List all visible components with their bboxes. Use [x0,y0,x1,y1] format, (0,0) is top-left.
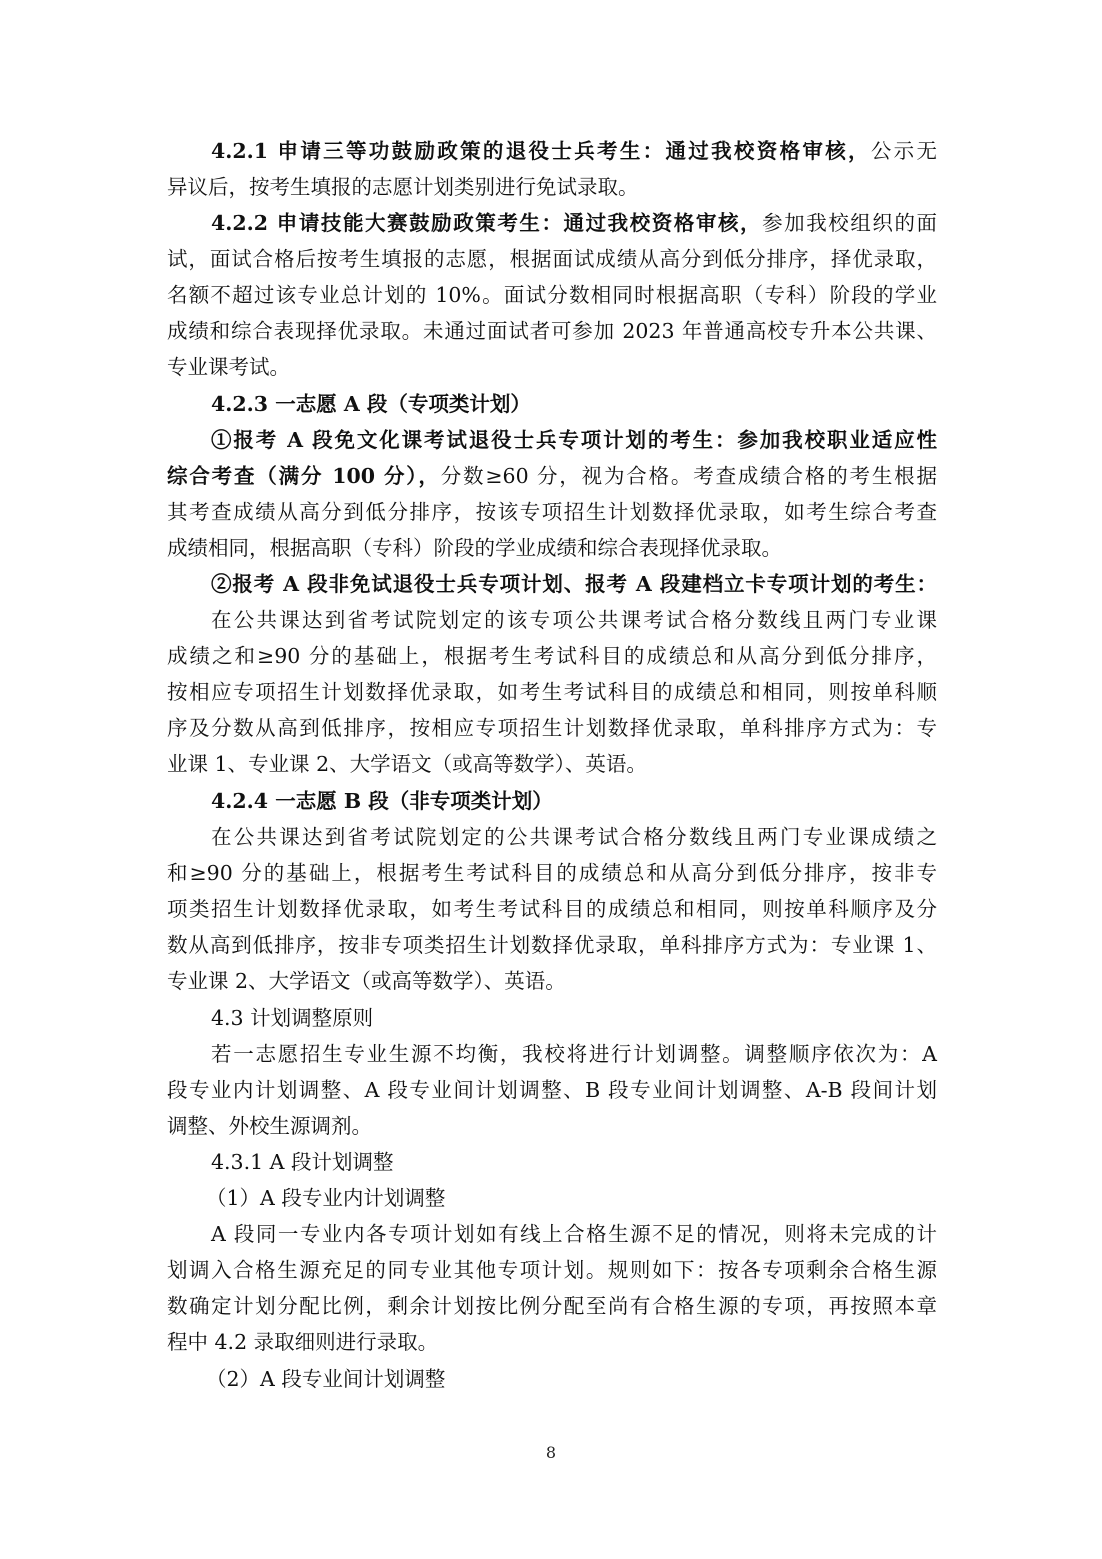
body-text: 序及分数从高到低排序，按相应专项招生计划数择优录取，单科排序方式为：专 [167,716,937,740]
page-number: 8 [0,1443,1102,1463]
text-line: 划调入合格生源充足的同专业其他专项计划。规则如下：按各专项剩余合格生源 [167,1255,937,1285]
body-text: 其考查成绩从高分到低分排序，按该专项招生计划数择优录取，如考生综合考查 [167,500,937,524]
text-line: 和≥90 分的基础上，根据考生考试科目的成绩总和从高分到低分排序，按非专 [167,858,937,888]
body-text: 程中 4.2 录取细则进行录取。 [167,1330,438,1354]
text-line: 试，面试合格后按考生填报的志愿，根据面试成绩从高分到低分排序，择优录取， [167,244,937,274]
body-text: 分数≥60 分，视为合格。考查成绩合格的考生根据 [441,464,937,488]
body-text: 段专业内计划调整、A 段专业间计划调整、B 段专业间计划调整、A-B 段间计划 [167,1078,937,1102]
body-text: 试，面试合格后按考生填报的志愿，根据面试成绩从高分到低分排序，择优录取， [167,247,937,271]
body-text: 成绩相同，根据高职（专科）阶段的学业成绩和综合表现择优录取。 [167,536,782,560]
text-line: 名额不超过该专业总计划的 10%。面试分数相同时根据高职（专科）阶段的学业 [167,280,937,310]
body-text: 名额不超过该专业总计划的 10%。面试分数相同时根据高职（专科）阶段的学业 [167,283,937,307]
bold-text: ①报考 A 段免文化课考试退役士兵专项计划的考生：参加我校职业适应性 [211,428,937,452]
body-text: 在公共课达到省考试院划定的公共课考试合格分数线且两门专业课成绩之 [211,825,937,849]
body-text: 若一志愿招生专业生源不均衡，我校将进行计划调整。调整顺序依次为：A [211,1042,937,1066]
text-line: 成绩相同，根据高职（专科）阶段的学业成绩和综合表现择优录取。 [167,533,937,563]
text-line: 按相应专项招生计划数择优录取，如考生考试科目的成绩总和相同，则按单科顺 [167,677,937,707]
text-line: 程中 4.2 录取细则进行录取。 [167,1327,937,1357]
body-text: 成绩和综合表现择优录取。未通过面试者可参加 2023 年普通高校专升本公共课、 [167,319,937,343]
text-line: 项类招生计划数择优录取，如考生考试科目的成绩总和相同，则按单科顺序及分 [167,894,937,924]
text-line: 段专业内计划调整、A 段专业间计划调整、B 段专业间计划调整、A-B 段间计划 [167,1075,937,1105]
bold-text: 4.2.4 一志愿 B 段（非专项类计划） [211,789,553,813]
bold-text: 4.2.2 申请技能大赛鼓励政策考生：通过我校资格审核， [211,211,762,235]
text-line: 若一志愿招生专业生源不均衡，我校将进行计划调整。调整顺序依次为：A [211,1039,937,1069]
body-text: （1）A 段专业内计划调整 [206,1186,445,1210]
body-text: 数确定计划分配比例，剩余计划按比例分配至尚有合格生源的专项，再按照本章 [167,1294,937,1318]
bold-text: ②报考 A 段非免试退役士兵专项计划、报考 A 段建档立卡专项计划的考生： [211,572,937,596]
bold-text: 4.2.1 申请三等功鼓励政策的退役士兵考生：通过我校资格审核， [211,139,871,163]
text-line: ②报考 A 段非免试退役士兵专项计划、报考 A 段建档立卡专项计划的考生： [211,569,937,599]
bold-text: 4.2.3 一志愿 A 段（专项类计划） [211,392,531,416]
body-text: 项类招生计划数择优录取，如考生考试科目的成绩总和相同，则按单科顺序及分 [167,897,937,921]
text-line: ①报考 A 段免文化课考试退役士兵专项计划的考生：参加我校职业适应性 [211,425,937,455]
text-line: 序及分数从高到低排序，按相应专项招生计划数择优录取，单科排序方式为：专 [167,713,937,743]
body-text: 异议后，按考生填报的志愿计划类别进行免试录取。 [167,175,639,199]
text-line: 4.3.1 A 段计划调整 [211,1147,937,1177]
text-line: 4.2.4 一志愿 B 段（非专项类计划） [211,786,937,816]
text-line: 专业课 2、大学语文（或高等数学）、英语。 [167,966,937,996]
body-text: 和≥90 分的基础上，根据考生考试科目的成绩总和从高分到低分排序，按非专 [167,861,937,885]
body-text: 公示无 [871,139,937,163]
body-text: 划调入合格生源充足的同专业其他专项计划。规则如下：按各专项剩余合格生源 [167,1258,937,1282]
text-line: 4.2.2 申请技能大赛鼓励政策考生：通过我校资格审核，参加我校组织的面 [211,208,937,238]
text-line: 其考查成绩从高分到低分排序，按该专项招生计划数择优录取，如考生综合考查 [167,497,937,527]
body-text: 4.3.1 A 段计划调整 [211,1150,394,1174]
body-text: 专业课 2、大学语文（或高等数学）、英语。 [167,969,566,993]
text-line: （2）A 段专业间计划调整 [206,1364,937,1394]
body-text: 在公共课达到省考试院划定的该专项公共课考试合格分数线且两门专业课 [211,608,937,632]
document-page: 4.2.1 申请三等功鼓励政策的退役士兵考生：通过我校资格审核，公示无异议后，按… [0,0,1102,1559]
body-text: 4.3 计划调整原则 [211,1006,373,1030]
body-text: 参加我校组织的面 [762,211,937,235]
body-text: 业课 1、专业课 2、大学语文（或高等数学）、英语。 [167,752,647,776]
text-line: 异议后，按考生填报的志愿计划类别进行免试录取。 [167,172,937,202]
bold-text: 综合考查（满分 100 分）， [167,464,441,488]
text-line: 4.2.3 一志愿 A 段（专项类计划） [211,389,937,419]
text-line: 在公共课达到省考试院划定的公共课考试合格分数线且两门专业课成绩之 [211,822,937,852]
body-text: 按相应专项招生计划数择优录取，如考生考试科目的成绩总和相同，则按单科顺 [167,680,937,704]
text-line: 数确定计划分配比例，剩余计划按比例分配至尚有合格生源的专项，再按照本章 [167,1291,937,1321]
body-text: A 段同一专业内各专项计划如有线上合格生源不足的情况，则将未完成的计 [211,1222,937,1246]
body-text: 成绩之和≥90 分的基础上，根据考生考试科目的成绩总和从高分到低分排序， [167,644,937,668]
text-line: 成绩和综合表现择优录取。未通过面试者可参加 2023 年普通高校专升本公共课、 [167,316,937,346]
text-line: 专业课考试。 [167,352,937,382]
body-text: （2）A 段专业间计划调整 [206,1367,445,1391]
text-line: （1）A 段专业内计划调整 [206,1183,937,1213]
text-line: 4.3 计划调整原则 [211,1003,937,1033]
body-text: 数从高到低排序，按非专项类招生计划数择优录取，单科排序方式为：专业课 1、 [167,933,937,957]
text-line: A 段同一专业内各专项计划如有线上合格生源不足的情况，则将未完成的计 [211,1219,937,1249]
text-line: 调整、外校生源调剂。 [167,1111,937,1141]
text-line: 4.2.1 申请三等功鼓励政策的退役士兵考生：通过我校资格审核，公示无 [211,136,937,166]
text-line: 综合考查（满分 100 分），分数≥60 分，视为合格。考查成绩合格的考生根据 [167,461,937,491]
text-line: 成绩之和≥90 分的基础上，根据考生考试科目的成绩总和从高分到低分排序， [167,641,937,671]
body-text: 调整、外校生源调剂。 [167,1114,372,1138]
text-line: 业课 1、专业课 2、大学语文（或高等数学）、英语。 [167,749,937,779]
body-text: 专业课考试。 [167,355,290,379]
text-line: 在公共课达到省考试院划定的该专项公共课考试合格分数线且两门专业课 [211,605,937,635]
text-line: 数从高到低排序，按非专项类招生计划数择优录取，单科排序方式为：专业课 1、 [167,930,937,960]
